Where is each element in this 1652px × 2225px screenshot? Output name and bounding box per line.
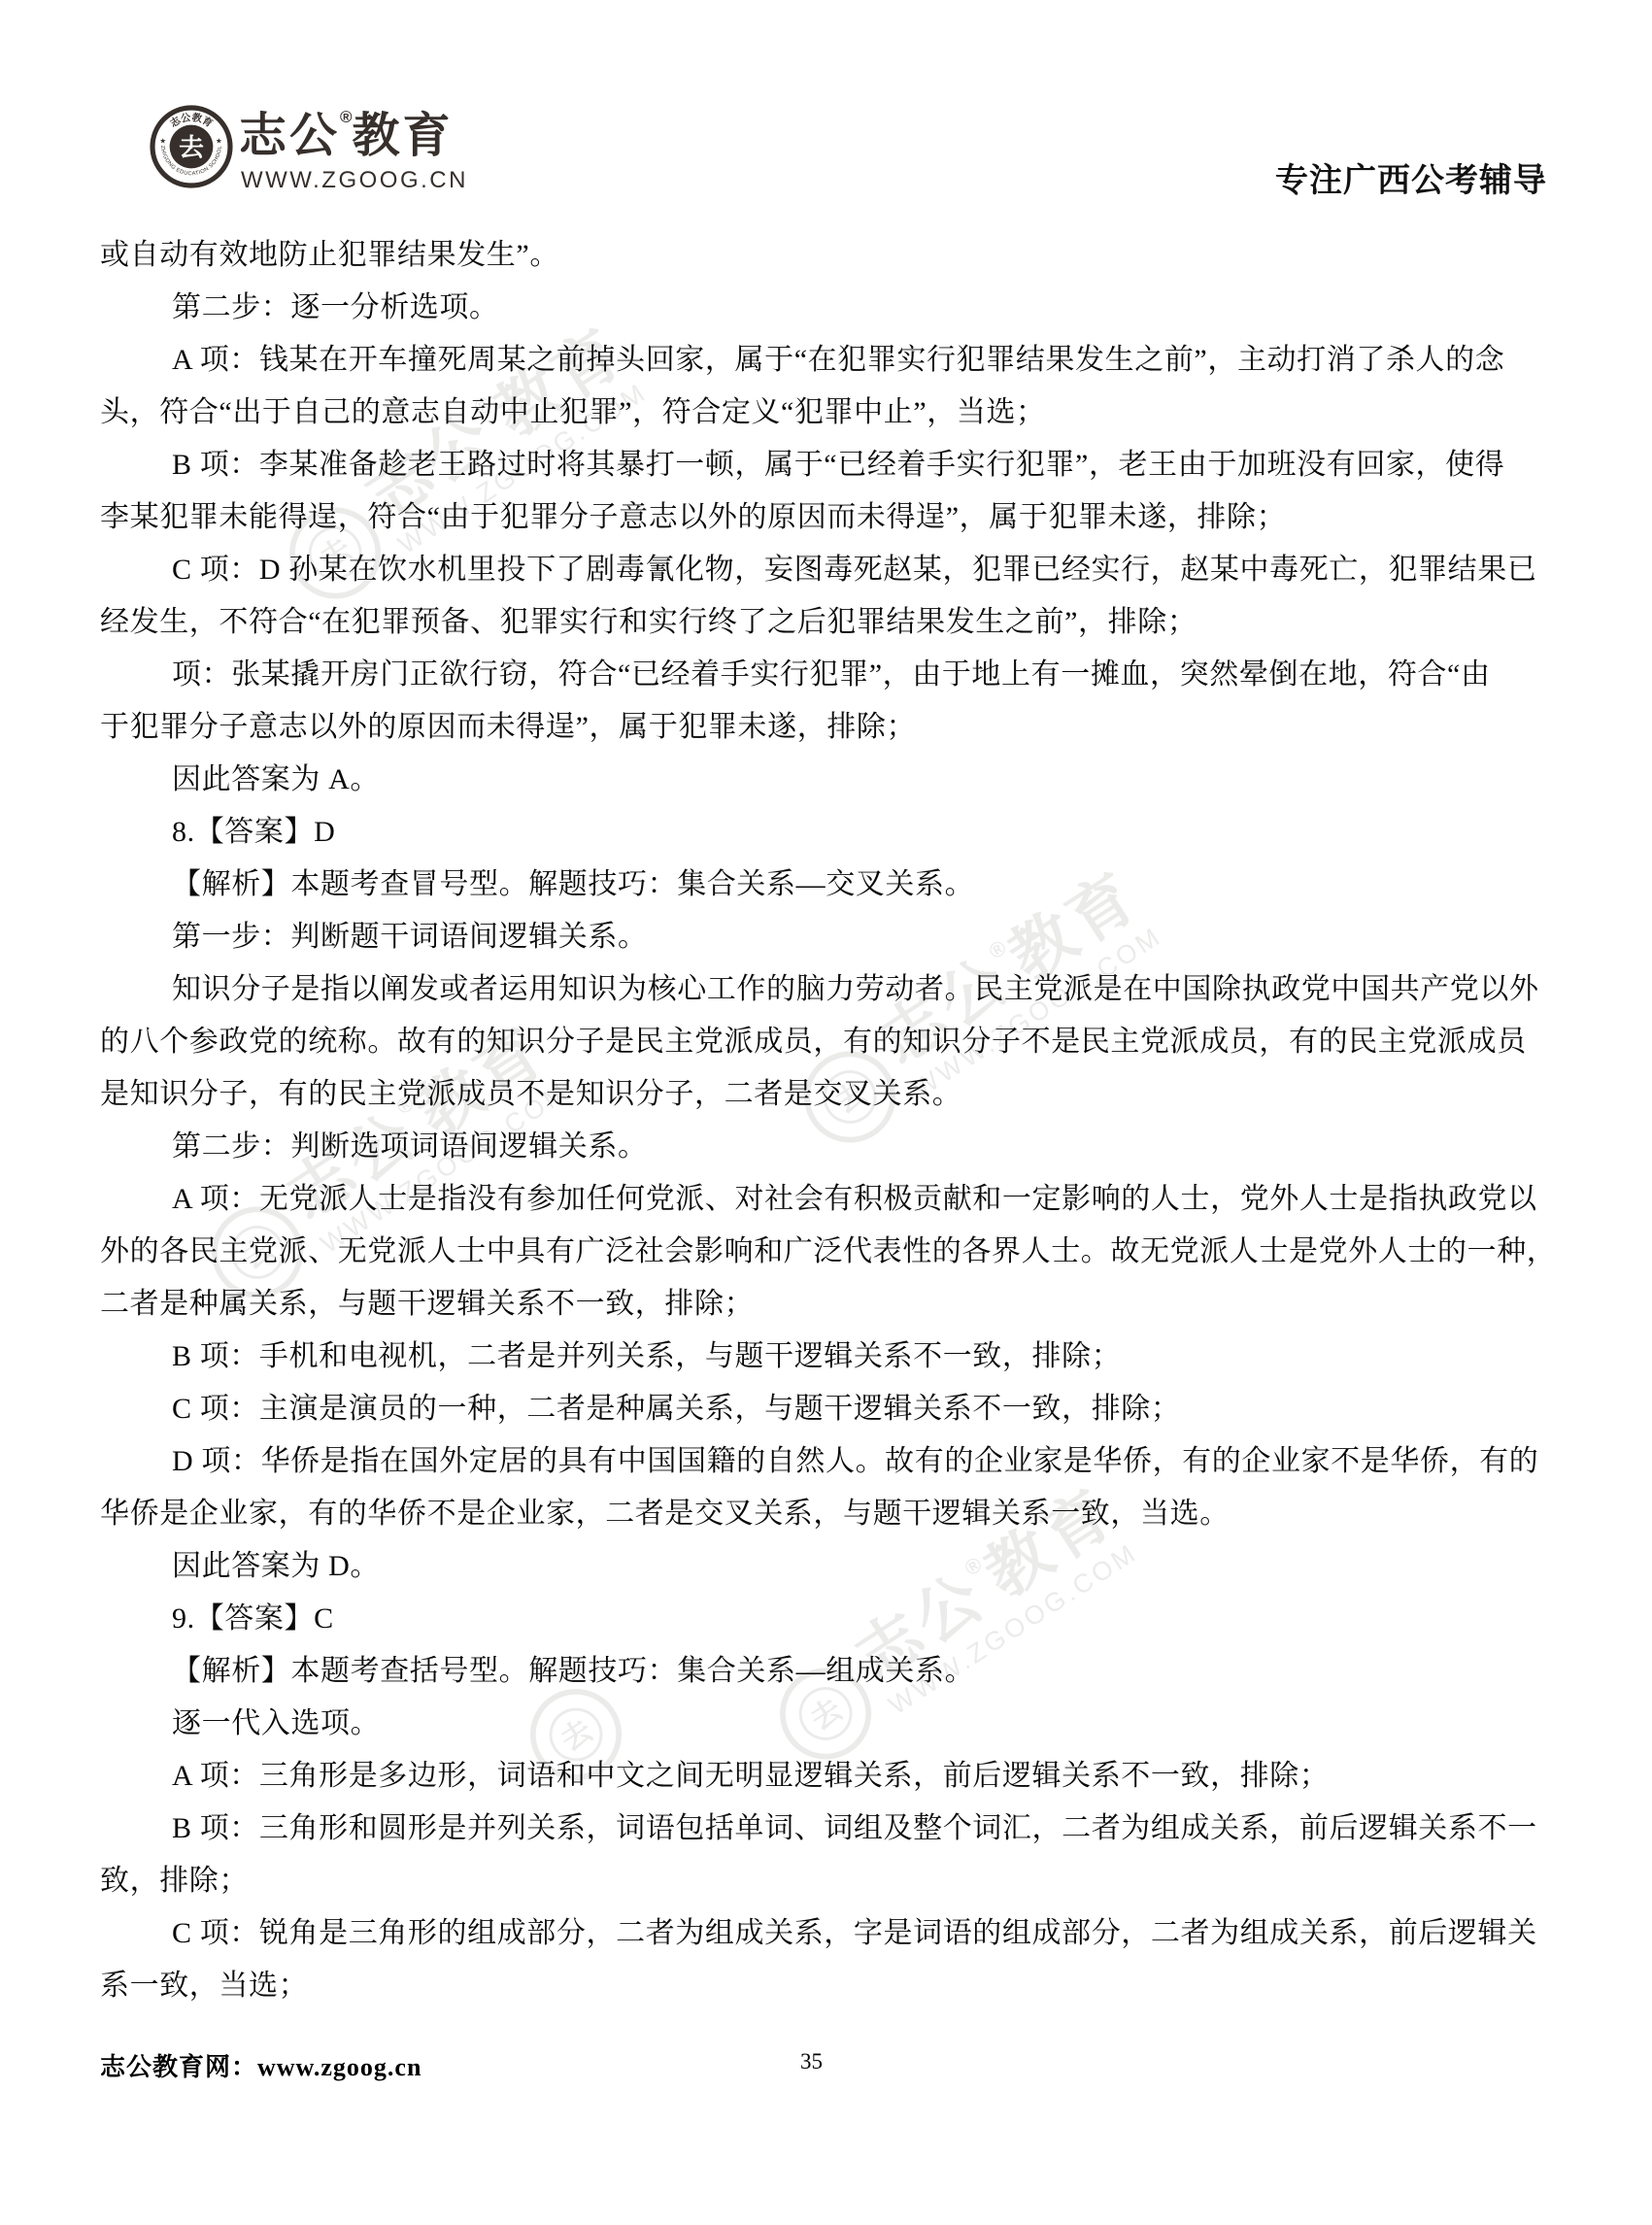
emblem-star-right: ★ <box>216 137 222 146</box>
text-line: 外的各民主党派、无党派人士中具有广泛社会影响和广泛代表性的各界人士。故无党派人士… <box>100 1226 1557 1278</box>
text-line: 二者是种属关系，与题干逻辑关系不一致，排除； <box>100 1278 1557 1331</box>
text-line: 或自动有效地防止犯罪结果发生”。 <box>100 229 1557 282</box>
text-line: 【解析】本题考查括号型。解题技巧：集合关系—组成关系。 <box>100 1645 1557 1698</box>
text-line: 9.【答案】C <box>100 1593 1557 1645</box>
text-line: C 项：锐角是三角形的组成部分，二者为组成关系，字是词语的组成部分，二者为组成关… <box>100 1907 1557 1960</box>
text-line: 项：张某撬开房门正欲行窃，符合“已经着手实行犯罪”，由于地上有一摊血，突然晕倒在… <box>100 649 1557 701</box>
text-line: 华侨是企业家，有的华侨不是企业家，二者是交叉关系，与题干逻辑关系一致，当选。 <box>100 1488 1557 1540</box>
text-line: 【解析】本题考查冒号型。解题技巧：集合关系—交叉关系。 <box>100 859 1557 911</box>
text-line: C 项：D 孙某在饮水机里投下了剧毒氰化物，妄图毒死赵某，犯罪已经实行，赵某中毒… <box>100 544 1557 596</box>
text-line: 8.【答案】D <box>100 806 1557 859</box>
text-line: C 项：主演是演员的一种，二者是种属关系，与题干逻辑关系不一致，排除； <box>100 1383 1557 1435</box>
brand-emblem-icon: 去 志公教育 ZHIGONG EDUCATION SCHOOL ★ ★ <box>150 105 233 188</box>
text-line: 系一致，当选； <box>100 1960 1557 2012</box>
text-line: 第一步：判断题干词语间逻辑关系。 <box>100 911 1557 963</box>
text-line: A 项：无党派人士是指没有参加任何党派、对社会有积极贡献和一定影响的人士，党外人… <box>100 1173 1557 1226</box>
text-line: B 项：三角形和圆形是并列关系，词语包括单词、词组及整个词汇，二者为组成关系，前… <box>100 1803 1557 1855</box>
text-line: 第二步：判断选项词语间逻辑关系。 <box>100 1121 1557 1173</box>
text-line: A 项：钱某在开车撞死周某之前掉头回家，属于“在犯罪实行犯罪结果发生之前”，主动… <box>100 334 1557 387</box>
text-line: 于犯罪分子意志以外的原因而未得逞”，属于犯罪未遂，排除； <box>100 701 1557 754</box>
footer-site-label: 志公教育网：www.zgoog.cn <box>100 2047 421 2083</box>
text-line: 的八个参政党的统称。故有的知识分子是民主党派成员，有的知识分子不是民主党派成员，… <box>100 1016 1557 1068</box>
text-line: 第二步：逐一分析选项。 <box>100 282 1557 334</box>
text-line: A 项：三角形是多边形，词语和中文之间无明显逻辑关系，前后逻辑关系不一致，排除； <box>100 1750 1557 1803</box>
body-text: 或自动有效地防止犯罪结果发生”。第二步：逐一分析选项。A 项：钱某在开车撞死周某… <box>100 229 1557 2012</box>
document-page: 去 志公教育 ZHIGONG EDUCATION SCHOOL ★ ★ 志公®教… <box>0 0 1652 2225</box>
brand-right: 教育 <box>353 110 454 162</box>
text-line: 因此答案为 A。 <box>100 754 1557 806</box>
brand-left: 志公 <box>239 110 340 162</box>
page-number: 35 <box>800 2049 823 2074</box>
text-line: 因此答案为 D。 <box>100 1540 1557 1593</box>
registered-mark: ® <box>340 108 353 126</box>
text-line: B 项：手机和电视机，二者是并列关系，与题干逻辑关系不一致，排除； <box>100 1331 1557 1383</box>
text-line: 知识分子是指以阐发或者运用知识为核心工作的脑力劳动者。民主党派是在中国除执政党中… <box>100 963 1557 1016</box>
text-line: 经发生，不符合“在犯罪预备、犯罪实行和实行终了之后犯罪结果发生之前”，排除； <box>100 596 1557 649</box>
emblem-star-left: ★ <box>159 137 166 146</box>
text-line: 头，符合“出于自己的意志自动中止犯罪”，符合定义“犯罪中止”，当选； <box>100 387 1557 439</box>
text-line: 逐一代入选项。 <box>100 1698 1557 1750</box>
brand-wordmark: 志公®教育 <box>239 109 454 163</box>
header-tagline: 专注广西公考辅导 <box>1275 153 1547 201</box>
text-line: D 项：华侨是指在国外定居的具有中国国籍的自然人。故有的企业家是华侨，有的企业家… <box>100 1435 1557 1488</box>
text-line: 致，排除； <box>100 1855 1557 1907</box>
text-line: B 项：李某准备趁老王路过时将其暴打一顿，属于“已经着手实行犯罪”，老王由于加班… <box>100 439 1557 491</box>
brand-url: WWW.ZGOOG.CN <box>241 167 468 194</box>
text-line: 是知识分子，有的民主党派成员不是知识分子，二者是交叉关系。 <box>100 1068 1557 1121</box>
emblem-center-char: 去 <box>179 133 204 161</box>
text-line: 李某犯罪未能得逞，符合“由于犯罪分子意志以外的原因而未得逞”，属于犯罪未遂，排除… <box>100 491 1557 544</box>
